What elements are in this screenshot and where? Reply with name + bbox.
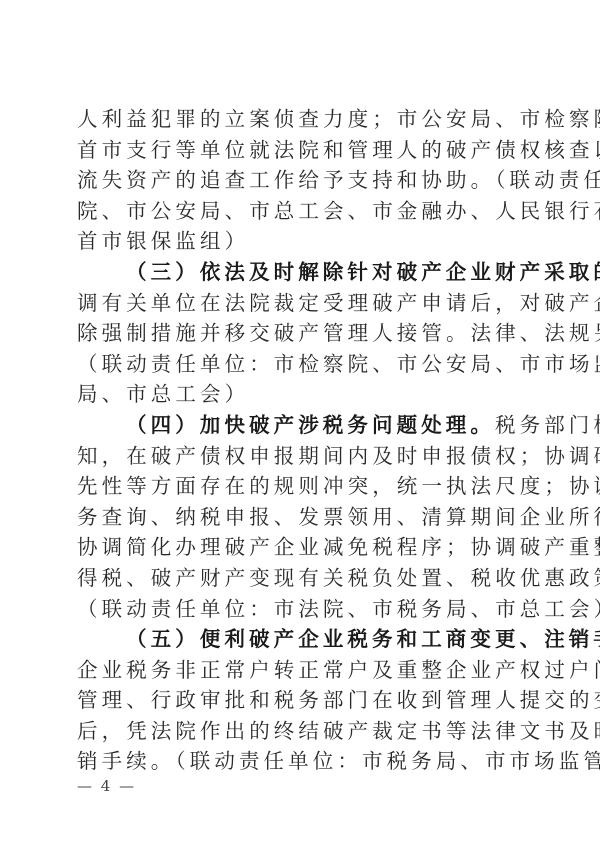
text-line: 人利益犯罪的立案侦查力度；市公安局、市检察院、人民银行石 — [77, 104, 523, 135]
text-line: 管理、行政审批和税务部门在收到管理人提交的变更、注销申请 — [77, 685, 523, 716]
text-line: 得税、破产财产变现有关税负处置、税收优惠政策适用等问题。 — [77, 563, 523, 594]
text-line: 首市支行等单位就法院和管理人的破产债权核查以及破产企业 — [77, 135, 523, 166]
text-line: （联动责任单位：市检察院、市公安局、市市场监管局、市税务 — [77, 349, 523, 380]
text-line: 除强制措施并移交破产管理人接管。法律、法规另有规定的除外。 — [77, 318, 523, 349]
text-line: 局、市总工会） — [77, 379, 523, 410]
text-line: （联动责任单位：市法院、市税务局、市总工会） — [77, 594, 523, 625]
text-line: 调有关单位在法院裁定受理破产申请后，对破产企业财产依法解 — [77, 288, 523, 319]
text-line: 销手续。（联动责任单位：市税务局、市市场监管局、市政数局、 — [77, 746, 523, 777]
text-line: 流失资产的追查工作给予支持和协助。（联动责任单位：市检察 — [77, 165, 523, 196]
section-5-first-line: （五）便利破产企业税务和工商变更、注销手续。协调破产 — [77, 624, 523, 655]
text-line: 院、市公安局、市总工会、市金融办、人民银行石首市支行、石 — [77, 196, 523, 227]
section-4-first-line: （四）加快破产涉税务问题处理。税务部门根据管理人的通 — [77, 410, 523, 441]
section-4-heading: （四）加快破产涉税务问题处理。 — [126, 413, 495, 437]
text-line: 务查询、纳税申报、发票领用、清算期间企业所得税处理等问题； — [77, 502, 523, 533]
text-line: 先性等方面存在的规则冲突，统一执法尺度；协调涉破产企业税 — [77, 471, 523, 502]
section-5-heading: （五）便利破产企业税务和工商变更、注销手续。 — [126, 627, 600, 651]
text-line: 知，在破产债权申报期间内及时申报债权；协调研究税收债权优 — [77, 441, 523, 472]
text-line: 首市银保监组） — [77, 226, 523, 257]
text-line: 协调简化办理破产企业减免税程序；协调破产重整中债务重组所 — [77, 532, 523, 563]
section-3-heading: （三）依法及时解除针对破产企业财产采取的强制措施。 — [126, 260, 600, 284]
text-span: 税务部门根据管理人的通 — [495, 413, 600, 437]
text-line: 后，凭法院作出的终结破产裁定书等法律文书及时办理变更、注 — [77, 716, 523, 747]
section-3-first-line: （三）依法及时解除针对破产企业财产采取的强制措施。协 — [77, 257, 523, 288]
document-page: 人利益犯罪的立案侦查力度；市公安局、市检察院、人民银行石 首市支行等单位就法院和… — [77, 104, 523, 777]
page-number: — 4 — — [77, 777, 136, 795]
text-line: 企业税务非正常户转正常户及重整企业产权过户问题；市场监督 — [77, 655, 523, 686]
